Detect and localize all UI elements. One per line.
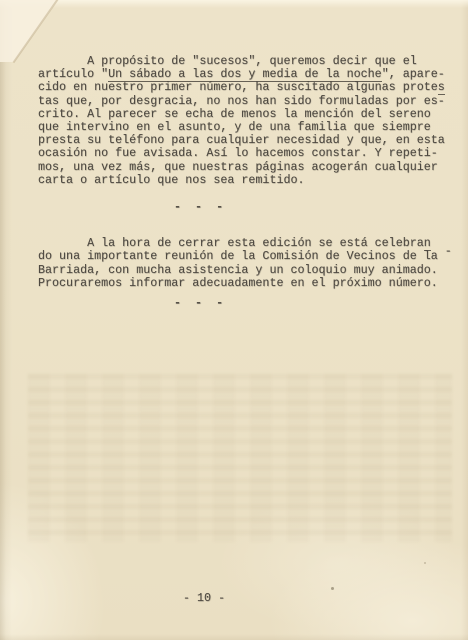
text-segment: do una importante reunión de la Comisión…	[38, 249, 445, 263]
text-segment: que intervino en el asunto, y de una fam…	[38, 120, 431, 134]
text-segment: ocasión no fue avisada. Así lo hacemos c…	[38, 146, 438, 160]
text-segment: ", apare-	[382, 67, 445, 81]
text-segment: A la hora de cerrar esta edición se está…	[38, 236, 424, 250]
text-segment: tas que, por desgracia, no nos han sido …	[38, 94, 445, 108]
text-segment: Procuraremos informar adecuadamente en e…	[38, 276, 438, 290]
text-segment: A propósito de "sucesos", queremos decir…	[38, 54, 417, 68]
paragraph: A la hora de cerrar esta edición se está…	[38, 237, 454, 290]
text-segment: presta su teléfono para cualquier necesi…	[38, 133, 445, 147]
page-number: - 10 -	[183, 592, 225, 605]
text-segment: artículo "	[38, 67, 108, 81]
text-segment: Barriada, con mucha asistencia y un colo…	[38, 263, 438, 277]
text-segment: mos, una vez más, que nuestras páginas a…	[38, 160, 438, 174]
text-segment: carta o artículo que nos sea remitido.	[38, 173, 305, 187]
text-segment: -	[445, 245, 452, 258]
paper-speck	[331, 587, 334, 590]
section-separator: - - -	[174, 201, 454, 214]
section-separator: - - -	[174, 297, 454, 310]
text-segment: crito. Al parecer se echa de menos la me…	[38, 107, 431, 121]
text-segment: cido en nuestro primer número, ha suscit…	[38, 80, 438, 94]
ink-bleed-through	[28, 374, 452, 542]
paper-speck	[424, 562, 426, 564]
typewritten-text-block: A propósito de "sucesos", queremos decir…	[38, 55, 454, 310]
paragraph: A propósito de "sucesos", queremos decir…	[38, 55, 454, 187]
text-line: carta o artículo que nos sea remitido.	[38, 174, 454, 187]
text-line: Procuraremos informar adecuadamente en e…	[38, 277, 454, 290]
